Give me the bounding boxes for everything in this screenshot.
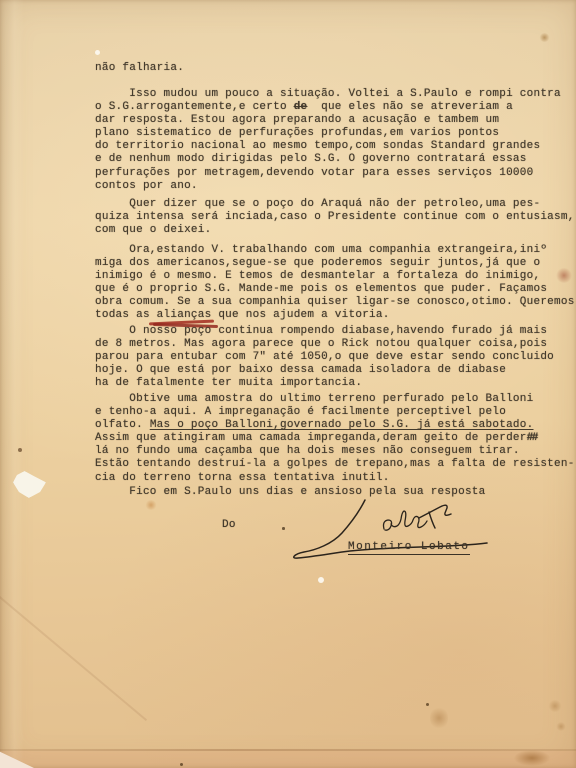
letter-paragraph-araqua: Quer dizer que se o poço do Araquá não d… [95,198,573,237]
letter-line: miga dos americanos,segue-se que poderem… [95,257,573,270]
letter-paragraph-situation: Isso mudou um pouco a situação. Voltei a… [95,88,573,193]
letter-text-redmark: alianças [157,309,212,321]
letter-line: obra comum. Se a sua companhia quiser li… [95,296,573,309]
letter-text: miga dos americanos,segue-se que poderem… [95,257,540,269]
letter-text-strike: de [294,101,308,113]
speck [426,703,429,706]
letter-text: perfurações por metragem,devendo votar p… [95,167,533,179]
typed-signature-name: Monteiro Lobato [348,541,470,555]
letter-text: quiza intensa será inciada,caso o Presid… [95,211,575,223]
letter-line: do territorio nacional ao mesmo tempo,co… [95,140,573,153]
letter-line: de 8 metros. Mas agora parece que o Rick… [95,338,573,351]
letter-line: que é o proprio S.G. Mande-me pois os el… [95,283,573,296]
letter-line: quiza intensa será inciada,caso o Presid… [95,211,573,224]
letter-text: o S.G.arrogantemente,e certo [95,101,294,113]
letter-line: com que o deixei. [95,224,573,237]
letter-text: Quer dizer que se o poço do Araquá não d… [95,198,540,210]
letter-paragraph-balloni: Obtive uma amostra do ultimo terreno per… [95,393,573,485]
letter-text: dar resposta. Estou agora preparando a a… [95,114,499,126]
letter-line: todas as alianças que nos ajudem a vitor… [95,309,573,322]
letter-text: Assim que atingiram uma camada impregand… [95,432,527,444]
letter-line: Isso mudou um pouco a situação. Voltei a… [95,88,573,101]
letter-text: e tenho-a aqui. A impreganação é facilme… [95,406,506,418]
letter-text: que eles não se atreveriam a [307,101,513,113]
white-speck [95,50,100,55]
letter-text: O nosso poço continua rompendo diabase,h… [95,325,547,337]
stain [145,500,157,510]
letter-line: inimigo é o mesmo. E temos de desmantela… [95,270,573,283]
stain [548,700,562,712]
letter-line: Assim que atingiram uma camada impregand… [95,432,573,445]
letter-text: de 8 metros. Mas agora parece que o Rick… [95,338,547,350]
letter-text: do territorio nacional ao mesmo tempo,co… [95,140,540,152]
letter-line: perfurações por metragem,devendo votar p… [95,167,573,180]
letter-text: Obtive uma amostra do ultimo terreno per… [95,393,533,405]
letter-text: parou para entubar com 7" até 1050,o que… [95,351,554,363]
letter-line: dar resposta. Estou agora preparando a a… [95,114,573,127]
letter-line: cia do terreno torna essa tentativa inut… [95,472,573,485]
letter-text: Isso mudou um pouco a situação. Voltei a… [95,88,561,100]
letter-line: olfato. Mas o poço Balloni,governado pel… [95,419,573,432]
letter-line: parou para entubar com 7" até 1050,o que… [95,351,573,364]
letter-paragraph-well: O nosso poço continua rompendo diabase,h… [95,325,573,390]
letter-text: contos por ano. [95,180,198,192]
letter-line: o S.G.arrogantemente,e certo de que eles… [95,101,573,114]
speck [282,527,285,530]
letter-text: que nos ajudem a vitoria. [211,309,389,321]
letter-text: Estão tentando destruí-la a golpes de tr… [95,458,575,470]
letter-text: com que o deixei. [95,224,211,236]
letter-text: hoje. O que está por baixo dessa camada … [95,364,506,376]
letter-text-underline: Mas o poço Balloni,governado pelo S.G. j… [150,419,534,431]
paper-edge-shading [0,0,24,768]
letter-text: plano sistematico de perfurações profund… [95,127,499,139]
letter-paragraph-opening: não falharia. [95,62,573,75]
closing-do-label: Do [222,519,236,531]
letter-text: olfato. [95,419,150,431]
letter-line: não falharia. [95,62,573,75]
letter-text: e de nenhum modo dirigidas pelo S.G. O g… [95,153,527,165]
letter-paragraph-alliance: Ora,estando V. trabalhando com uma compa… [95,244,573,323]
stain [539,33,550,42]
letter-line: O nosso poço continua rompendo diabase,h… [95,325,573,338]
letter-scan: não falharia. Isso mudou um pouco a situ… [0,0,576,768]
letter-text: Fico em S.Paulo uns dias e ansioso pela … [95,486,486,498]
fold-discoloration [0,751,576,768]
letter-line: lá no fundo uma caçamba que ha dois mese… [95,445,573,458]
letter-line: Quer dizer que se o poço do Araquá não d… [95,198,573,211]
letter-text: lá no fundo uma caçamba que ha dois mese… [95,445,520,457]
letter-line: hoje. O que está por baixo dessa camada … [95,364,573,377]
letter-text: inimigo é o mesmo. E temos de desmantela… [95,270,540,282]
letter-text-blot: ## [527,432,537,444]
letter-text: cia do terreno torna essa tentativa inut… [95,472,390,484]
letter-line: Obtive uma amostra do ultimo terreno per… [95,393,573,406]
letter-text: não falharia. [95,62,184,74]
letter-line: e tenho-a aqui. A impreganação é facilme… [95,406,573,419]
letter-text: todas as [95,309,157,321]
letter-text: ha de fatalmente ter muita importancia. [95,377,362,389]
letter-text: que é o proprio S.G. Mande-me pois os el… [95,283,547,295]
letter-line: Ora,estando V. trabalhando com uma compa… [95,244,573,257]
letter-text: Ora,estando V. trabalhando com uma compa… [95,244,547,256]
stain [556,722,566,731]
letter-text: obra comum. Se a sua companhia quiser li… [95,296,575,308]
letter-line: Estão tentando destruí-la a golpes de tr… [95,458,573,471]
letter-line: plano sistematico de perfurações profund… [95,127,573,140]
letter-line: contos por ano. [95,180,573,193]
letter-line: e de nenhum modo dirigidas pelo S.G. O g… [95,153,573,166]
stain [430,706,448,730]
letter-line: ha de fatalmente ter muita importancia. [95,377,573,390]
